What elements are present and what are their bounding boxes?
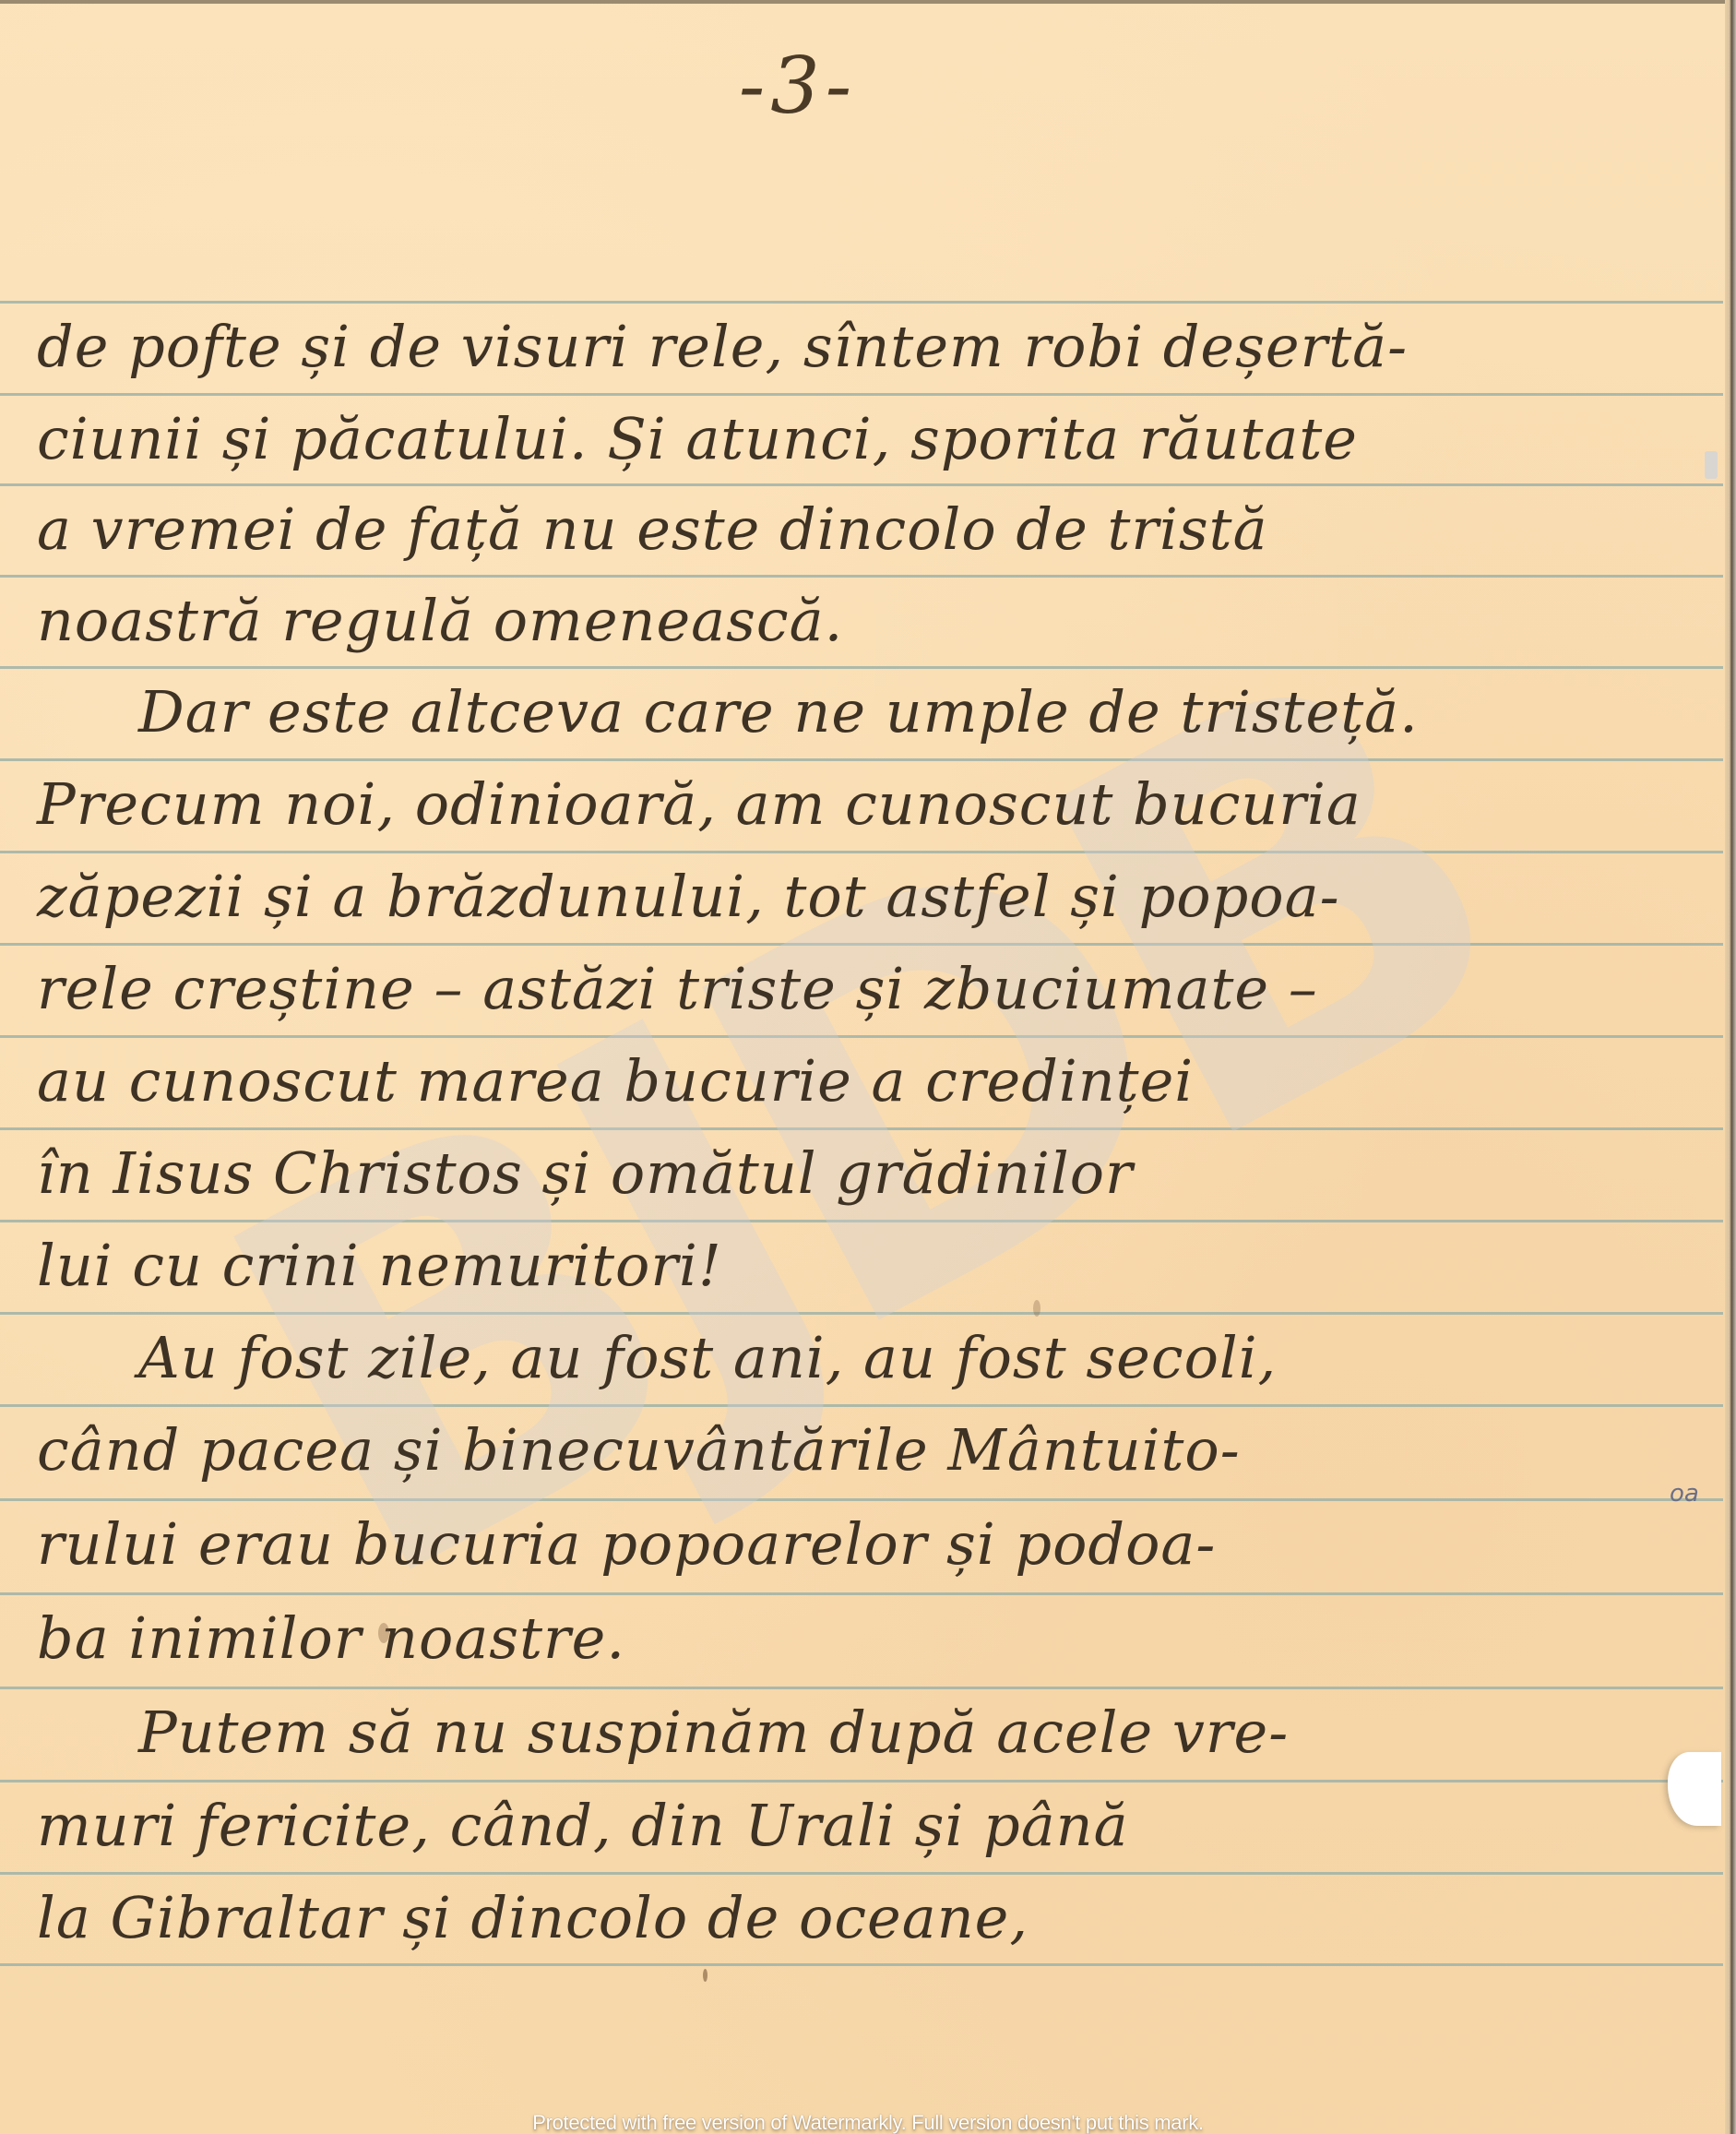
page-edge [1725,0,1736,2134]
text-line: rele creștine – astăzi triste și zbucium… [37,943,1716,1035]
manuscript-page: BJDB -3- de pofte și de visuri rele, sîn… [0,0,1725,2134]
text-line: rului erau bucuria popoarelor și podoa- [37,1498,1716,1591]
ink-speck [1033,1300,1040,1317]
ink-speck [378,1623,389,1643]
page-number: -3- [701,41,895,131]
text-line: Putem să nu suspinăm după acele vre- [138,1687,1736,1779]
text-line: în Iisus Christos și omătul grădinilor [37,1127,1716,1220]
text-line: Dar este altceva care ne umple de triste… [138,666,1736,758]
text-line: când pacea și binecuvântările Mântuito- [37,1404,1716,1496]
text-line: ciunii și păcatului. Și atunci, sporita … [37,393,1716,485]
watermark-notice: Protected with free version of Watermark… [0,2111,1736,2134]
text-line: Precum noi, odinioară, am cunoscut bucur… [37,758,1716,851]
text-line: noastră regulă omenească. [37,575,1716,667]
text-line: la Gibraltar și dincolo de oceane, [37,1872,1716,1964]
text-line: au cunoscut marea bucurie a credinței [37,1035,1716,1127]
paper-clip-mark [1705,451,1718,479]
text-line: ba inimilor noastre. [37,1592,1716,1685]
text-line: a vremei de față nu este dincolo de tris… [37,483,1716,576]
text-line: Au fost zile, au fost ani, au fost secol… [138,1312,1736,1404]
text-line: zăpezii și a brăzdunului, tot astfel și … [37,851,1716,943]
text-line: muri fericite, când, din Urali și până [37,1780,1716,1872]
margin-correction-note: oa [1670,1480,1699,1508]
text-line: lui cu crini nemuritori! [37,1220,1716,1312]
text-line: de pofte și de visuri rele, sîntem robi … [37,301,1716,393]
ink-speck [703,1969,707,1982]
